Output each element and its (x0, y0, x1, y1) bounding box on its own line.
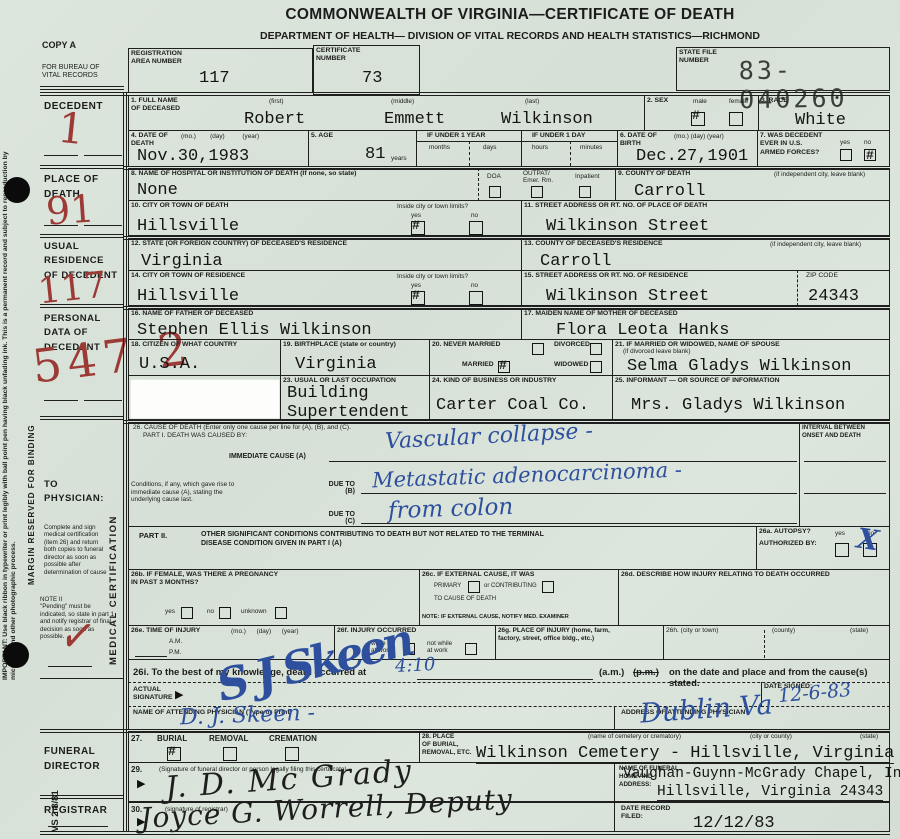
full-name-last: Wilkinson (501, 110, 593, 129)
doa-label: DOA (487, 173, 501, 180)
field-date-of-death: 4. DATE OF DEATH (mo.) (day) (year) Nov.… (128, 130, 309, 167)
field-occupation: 23. USUAL OR LAST OCCUPATION Building Su… (280, 375, 430, 420)
place-of-injury-label: 26g. PLACE OF INJURY (home, farm, factor… (496, 626, 612, 644)
injury-state-label: (state) (850, 627, 868, 634)
birthplace-label: 19. BIRTHPLACE (state or country) (281, 340, 398, 350)
field-if-under-1-day: IF UNDER 1 DAY hours minutes (521, 130, 618, 167)
pregnancy-no-checkbox (219, 607, 231, 619)
external-note: NOTE: IF EXTERNAL CAUSE, NOTIFY MED. EXA… (422, 614, 569, 620)
full-name-middle: Emmett (384, 110, 445, 129)
margin-binding-text: MARGIN RESERVED FOR BINDING (27, 235, 36, 585)
injury-county-label: (county) (772, 627, 795, 634)
state-file-box: STATE FILE NUMBER 83-040260 (676, 47, 890, 91)
business-label: 24. KIND OF BUSINESS OR INDUSTRY (430, 376, 558, 386)
field-street-residence: 15. STREET ADDRESS OR RT. NO. OF RESIDEN… (521, 270, 798, 306)
autopsy-yes-label: yes (835, 530, 845, 537)
hospital-value: None (137, 181, 178, 200)
field-redacted-ssn (128, 375, 281, 420)
informant-label: 25. INFORMANT — OR SOURCE OF INFORMATION (613, 376, 782, 386)
occupation-value: Building Supertendent (287, 385, 409, 422)
field-zip: ZIP CODE 24343 (797, 270, 890, 306)
race-value: White (795, 111, 846, 130)
inpatient-label: Inpatient (575, 173, 600, 180)
death-statement-pm: (p.m.) (633, 667, 659, 678)
city-of-death-value: Hillsville (137, 217, 239, 236)
not-while-at-work-label: not while at work (427, 640, 452, 654)
external-contributing-checkbox (542, 581, 554, 593)
field-funeral-home: NAME OF FUNERAL HOME AND ADDRESS: Vaugha… (614, 762, 890, 802)
section-to-physician: TO PHYSICIAN: (44, 478, 104, 507)
county-of-death-label: 9. COUNTY OF DEATH (616, 169, 692, 179)
field-armed-forces: 7. WAS DECEDENT EVER IN U.S. ARMED FORCE… (757, 130, 890, 167)
place-of-burial-value: Wilkinson Cemetery - Hillsville, Virgini… (476, 744, 894, 764)
never-married-checkbox (532, 343, 544, 355)
field-date-filed: DATE RECORD FILED: 12/12/83 (614, 801, 890, 832)
city-residence-limits-label: Inside city or town limits? (397, 273, 468, 280)
city-of-death-limits-yes-mark: # (412, 218, 420, 233)
punch-hole-top (4, 177, 30, 203)
sex-female-label: female (729, 98, 748, 105)
physician-note: Complete and sign medical certification … (44, 524, 110, 576)
state-residence-label: 12. STATE (OR FOREIGN COUNTRY) OF DECEAS… (129, 239, 349, 249)
date-of-death-subs: (mo.) (day) (year) (181, 133, 259, 140)
removal-label: REMOVAL (209, 734, 248, 743)
field-county-residence: 13. COUNTY OF DECEASED'S RESIDENCE (if i… (521, 238, 890, 271)
field-death-location-type: DOA OUTPAT/ Emer. Rm. Inpatient (478, 168, 616, 201)
widowed-label: WIDOWED (552, 360, 590, 370)
field-birthplace: 19. BIRTHPLACE (state or country) Virgin… (280, 339, 430, 376)
pregnancy-yes-checkbox (181, 607, 193, 619)
hospital-label: 8. NAME OF HOSPITAL OR INSTITUTION OF DE… (129, 169, 463, 179)
city-of-death-label: 10. CITY OR TOWN OF DEATH (129, 201, 230, 211)
full-name-sub-first: (first) (269, 98, 284, 105)
full-name-sub-last: (last) (525, 98, 539, 105)
field-business: 24. KIND OF BUSINESS OR INDUSTRY Carter … (429, 375, 613, 420)
section-registrar: REGISTRAR (44, 803, 107, 818)
conditions-note: Conditions, if any, which gave rise to i… (131, 481, 251, 504)
death-statement-am: (a.m.) (599, 667, 624, 678)
city-county-sub-label: (city or county) (750, 733, 792, 740)
county-of-death-note: (if independent city, leave blank) (774, 171, 865, 178)
citizen-value: U.S.A. (139, 355, 200, 374)
redaction-whiteout (131, 380, 279, 418)
registration-area-value: 117 (199, 69, 230, 88)
mother-label: 17. MAIDEN NAME OF MOTHER OF DECEASED (522, 309, 680, 319)
field-hospital: 8. NAME OF HOSPITAL OR INSTITUTION OF DE… (128, 168, 478, 201)
city-of-death-limits-no: no (471, 212, 478, 219)
field-state-residence: 12. STATE (OR FOREIGN COUNTRY) OF DECEAS… (128, 238, 522, 271)
sex-male-mark: # (692, 108, 700, 123)
certificate-number-box: CERTIFICATE NUMBER 73 (313, 45, 420, 95)
inpatient-checkbox (579, 186, 591, 198)
date-of-birth-subs: (mo.) (day) (year) (674, 133, 724, 140)
interval-label: INTERVAL BETWEEN ONSET AND DEATH (800, 423, 867, 441)
field-pregnancy: 26b. IF FEMALE, WAS THERE A PREGNANCY IN… (128, 569, 420, 626)
street-residence-value: Wilkinson Street (546, 287, 709, 306)
time-pm-label: P.M. (169, 649, 181, 656)
city-residence-value: Hillsville (137, 287, 239, 306)
sex-female-checkbox (729, 112, 743, 126)
cemetery-sub-label: (name of cemetery or crematory) (588, 733, 681, 740)
field-part2: PART II. OTHER SIGNIFICANT CONDITIONS CO… (128, 526, 757, 570)
city-of-death-limits-no-checkbox (469, 221, 483, 235)
time-of-injury-label: 26e. TIME OF INJURY (129, 626, 202, 636)
handwritten-cause-c: from colon (388, 494, 514, 524)
section-funeral-director: FUNERAL DIRECTOR (44, 744, 100, 774)
sex-label: 2. SEX (645, 96, 670, 106)
armed-forces-no-label: no (864, 139, 871, 146)
death-certificate-scan: IMPORTANT: Use black ribbon in typewrite… (0, 0, 900, 839)
removal-checkbox (223, 747, 237, 761)
under-1-year-label: IF UNDER 1 YEAR (425, 131, 487, 141)
street-residence-label: 15. STREET ADDRESS OR RT. NO. OF RESIDEN… (522, 271, 690, 281)
armed-forces-label: 7. WAS DECEDENT EVER IN U.S. ARMED FORCE… (758, 131, 824, 158)
burial-mark: # (168, 744, 176, 759)
armed-forces-yes-checkbox (840, 149, 852, 161)
city-of-death-limits-label: Inside city or town limits? (397, 203, 468, 210)
under-1-year-months: months (429, 144, 450, 151)
widowed-checkbox (590, 361, 602, 373)
field-date-of-birth: 6. DATE OF BIRTH (mo.) (day) (year) Dec.… (617, 130, 758, 167)
place-of-burial-label: 28. PLACE OF BURIAL, REMOVAL, ETC. (420, 732, 474, 758)
date-filed-label: DATE RECORD FILED: (619, 804, 672, 823)
handwritten-physician-name: D. J. Skeen - (180, 701, 316, 731)
zip-label: ZIP CODE (804, 271, 840, 281)
under-1-day-hours: hours (532, 144, 548, 151)
field-place-of-burial: 28. PLACE OF BURIAL, REMOVAL, ETC. (name… (419, 731, 890, 763)
field-marital-status: 20. NEVER MARRIED DIVORCED MARRIED # WID… (429, 339, 613, 376)
copy-label: COPY A (42, 40, 76, 50)
race-label: 3. RACE (759, 96, 790, 106)
cremation-label: CREMATION (269, 734, 317, 743)
field-interval: INTERVAL BETWEEN ONSET AND DEATH (799, 422, 890, 527)
field-race: 3. RACE White (758, 95, 890, 131)
cremation-checkbox (285, 747, 299, 761)
certificate-title: COMMONWEALTH OF VIRGINIA—CERTIFICATE OF … (130, 6, 890, 24)
field-injury-location: 26h. (city or town) (county) (state) (663, 625, 890, 660)
red-annotation-91: 91 (45, 186, 96, 233)
field-if-under-1-year: IF UNDER 1 YEAR months days (416, 130, 522, 167)
city-residence-label: 14. CITY OR TOWN OF RESIDENCE (129, 271, 247, 281)
pregnancy-no-label: no (207, 608, 214, 615)
city-residence-limits-yes-mark: # (412, 288, 420, 303)
due-to-b-label: DUE TO (B) (325, 481, 355, 495)
field-street-of-death: 11. STREET ADDRESS OR RT. NO. OF PLACE O… (521, 200, 890, 236)
part2-text: OTHER SIGNIFICANT CONDITIONS CONTRIBUTIN… (199, 530, 546, 550)
funeral-sig-arrow: ▶ (137, 777, 145, 790)
married-mark: # (499, 358, 507, 373)
spouse-note: (if divorced leave blank) (623, 348, 691, 355)
street-of-death-value: Wilkinson Street (546, 217, 709, 236)
field-citizen: 18. CITIZEN OF WHAT COUNTRY U.S.A. (128, 339, 281, 376)
informant-value: Mrs. Gladys Wilkinson (631, 396, 845, 415)
date-of-death-value: Nov.30,1983 (137, 147, 249, 166)
injury-description-label: 26d. DESCRIBE HOW INJURY RELATING TO DEA… (619, 570, 832, 580)
spouse-value: Selma Gladys Wilkinson (627, 357, 851, 376)
full-name-first: Robert (244, 110, 305, 129)
registration-area-box: REGISTRATION AREA NUMBER 117 (128, 48, 313, 93)
field-informant: 25. INFORMANT — OR SOURCE OF INFORMATION… (612, 375, 890, 420)
autopsy-yes-checkbox (835, 543, 849, 557)
cause-label-2: PART I. DEATH WAS CAUSED BY: (141, 431, 249, 441)
father-label: 16. NAME OF FATHER OF DECEASED (129, 309, 255, 319)
full-name-label: 1. FULL NAME OF DECEASED (129, 96, 182, 115)
section-medical-certification: MEDICAL CERTIFICATION (108, 430, 119, 665)
doa-checkbox (489, 186, 501, 198)
external-contributing-label: or CONTRIBUTING (484, 583, 537, 589)
punch-hole-bottom (3, 642, 29, 668)
field-mother: 17. MAIDEN NAME OF MOTHER OF DECEASED Fl… (521, 308, 890, 340)
external-cause-label: 26c. IF EXTERNAL CAUSE, IT WAS (420, 570, 536, 580)
county-residence-note: (if independent city, leave blank) (770, 241, 861, 248)
mother-value: Flora Leota Hanks (556, 321, 729, 340)
city-residence-limits-no: no (471, 282, 478, 289)
outpatient-label: OUTPAT/ Emer. Rm. (523, 170, 553, 184)
margin-important-text: IMPORTANT: Use black ribbon in typewrite… (2, 140, 28, 680)
immediate-cause-label: IMMEDIATE CAUSE (A) (229, 453, 306, 460)
pregnancy-unknown-checkbox (275, 607, 287, 619)
external-primary-label: PRIMARY (434, 583, 461, 589)
outpatient-checkbox (531, 186, 543, 198)
field-father: 16. NAME OF FATHER OF DECEASED Stephen E… (128, 308, 522, 340)
time-am-label: A.M. (169, 638, 182, 645)
actual-signature-arrow: ▶ (175, 688, 183, 701)
divorced-label: DIVORCED (552, 340, 592, 350)
field-city-of-death: 10. CITY OR TOWN OF DEATH Inside city or… (128, 200, 522, 236)
under-1-day-minutes: minutes (580, 144, 602, 151)
red-annotation-1: 1 (56, 103, 88, 155)
burial-label: BURIAL (157, 734, 187, 743)
street-of-death-label: 11. STREET ADDRESS OR RT. NO. OF PLACE O… (522, 201, 709, 211)
field-autopsy: 26a. AUTOPSY? AUTHORIZED BY: yes no X (756, 526, 890, 570)
pregnancy-yes-label: yes (165, 608, 175, 615)
time-of-injury-subs: (mo.) (day) (year) (231, 628, 298, 635)
funeral-sig-number: 29. (131, 765, 142, 774)
age-unit: years (391, 155, 407, 162)
armed-forces-yes-label: yes (840, 139, 850, 146)
county-residence-label: 13. COUNTY OF DECEASED'S RESIDENCE (522, 239, 665, 249)
registration-area-label: REGISTRATION AREA NUMBER (129, 49, 312, 68)
age-value: 81 (365, 145, 385, 164)
pregnancy-label: 26b. IF FEMALE, WAS THERE A PREGNANCY IN… (129, 570, 280, 589)
field-place-of-injury: 26g. PLACE OF INJURY (home, farm, factor… (495, 625, 664, 660)
certificate-number-label: CERTIFICATE NUMBER (314, 46, 419, 65)
county-residence-value: Carroll (540, 252, 611, 271)
certificate-subtitle: DEPARTMENT OF HEALTH— DIVISION OF VITAL … (130, 30, 890, 42)
armed-forces-no-mark: # (866, 148, 874, 163)
funeral-home-name: Vaughan-Guynn-McGrady Chapel, Inc. (623, 766, 900, 782)
state-residence-value: Virginia (141, 252, 223, 271)
autopsy-no-blue-x: X (855, 522, 881, 558)
citizen-label: 18. CITIZEN OF WHAT COUNTRY (129, 340, 239, 350)
actual-signature-label: ACTUAL SIGNATURE (131, 685, 175, 704)
injury-city-label: 26h. (city or town) (664, 626, 720, 636)
field-spouse: 21. IF MARRIED OR WIDOWED, NAME OF SPOUS… (612, 339, 890, 376)
part2-heading: PART II. (139, 531, 167, 540)
external-to-cause-label: TO CAUSE OF DEATH (434, 596, 496, 602)
full-name-sub-middle: (middle) (391, 98, 414, 105)
married-label: MARRIED (460, 360, 496, 370)
under-1-year-days: days (483, 144, 497, 151)
state-sub-label: (state) (860, 733, 878, 740)
field-injury-description: 26d. DESCRIBE HOW INJURY RELATING TO DEA… (618, 569, 890, 626)
city-residence-limits-no-checkbox (469, 291, 483, 305)
county-of-death-value: Carroll (634, 182, 705, 201)
bureau-label: FOR BUREAU OF VITAL RECORDS (42, 64, 112, 81)
field-full-name: 1. FULL NAME OF DECEASED (first) (middle… (128, 95, 645, 131)
divorced-checkbox (590, 343, 602, 355)
autopsy-label: 26a. AUTOPSY? (757, 527, 813, 537)
age-label: 5. AGE (309, 131, 335, 141)
date-of-birth-value: Dec.27,1901 (636, 147, 748, 166)
funeral-home-address: Hillsville, Virginia 24343 (657, 784, 883, 801)
field-sex: 2. SEX male female # (644, 95, 759, 131)
due-to-c-label: DUE TO (C) (325, 511, 355, 525)
birthplace-value: Virginia (295, 355, 377, 374)
pregnancy-unknown-label: unknown (241, 608, 267, 615)
date-filed-value: 12/12/83 (693, 814, 775, 833)
zip-value: 24343 (808, 287, 859, 306)
certificate-number-value: 73 (362, 69, 382, 88)
sex-male-label: male (693, 98, 707, 105)
business-value: Carter Coal Co. (436, 396, 589, 415)
never-married-label: 20. NEVER MARRIED (430, 340, 502, 350)
not-while-at-work-checkbox (465, 643, 477, 655)
field-county-of-death: 9. COUNTY OF DEATH (if independent city,… (615, 168, 890, 201)
disposition-number: 27. (131, 734, 142, 743)
under-1-day-label: IF UNDER 1 DAY (530, 131, 587, 141)
field-city-residence: 14. CITY OR TOWN OF RESIDENCE Inside cit… (128, 270, 522, 306)
autopsy-authorized-label: AUTHORIZED BY: (757, 539, 819, 549)
field-age: 5. AGE 81 years (308, 130, 417, 167)
father-value: Stephen Ellis Wilkinson (137, 321, 372, 340)
field-external-cause: 26c. IF EXTERNAL CAUSE, IT WAS PRIMARY o… (419, 569, 619, 626)
external-primary-checkbox (468, 581, 480, 593)
